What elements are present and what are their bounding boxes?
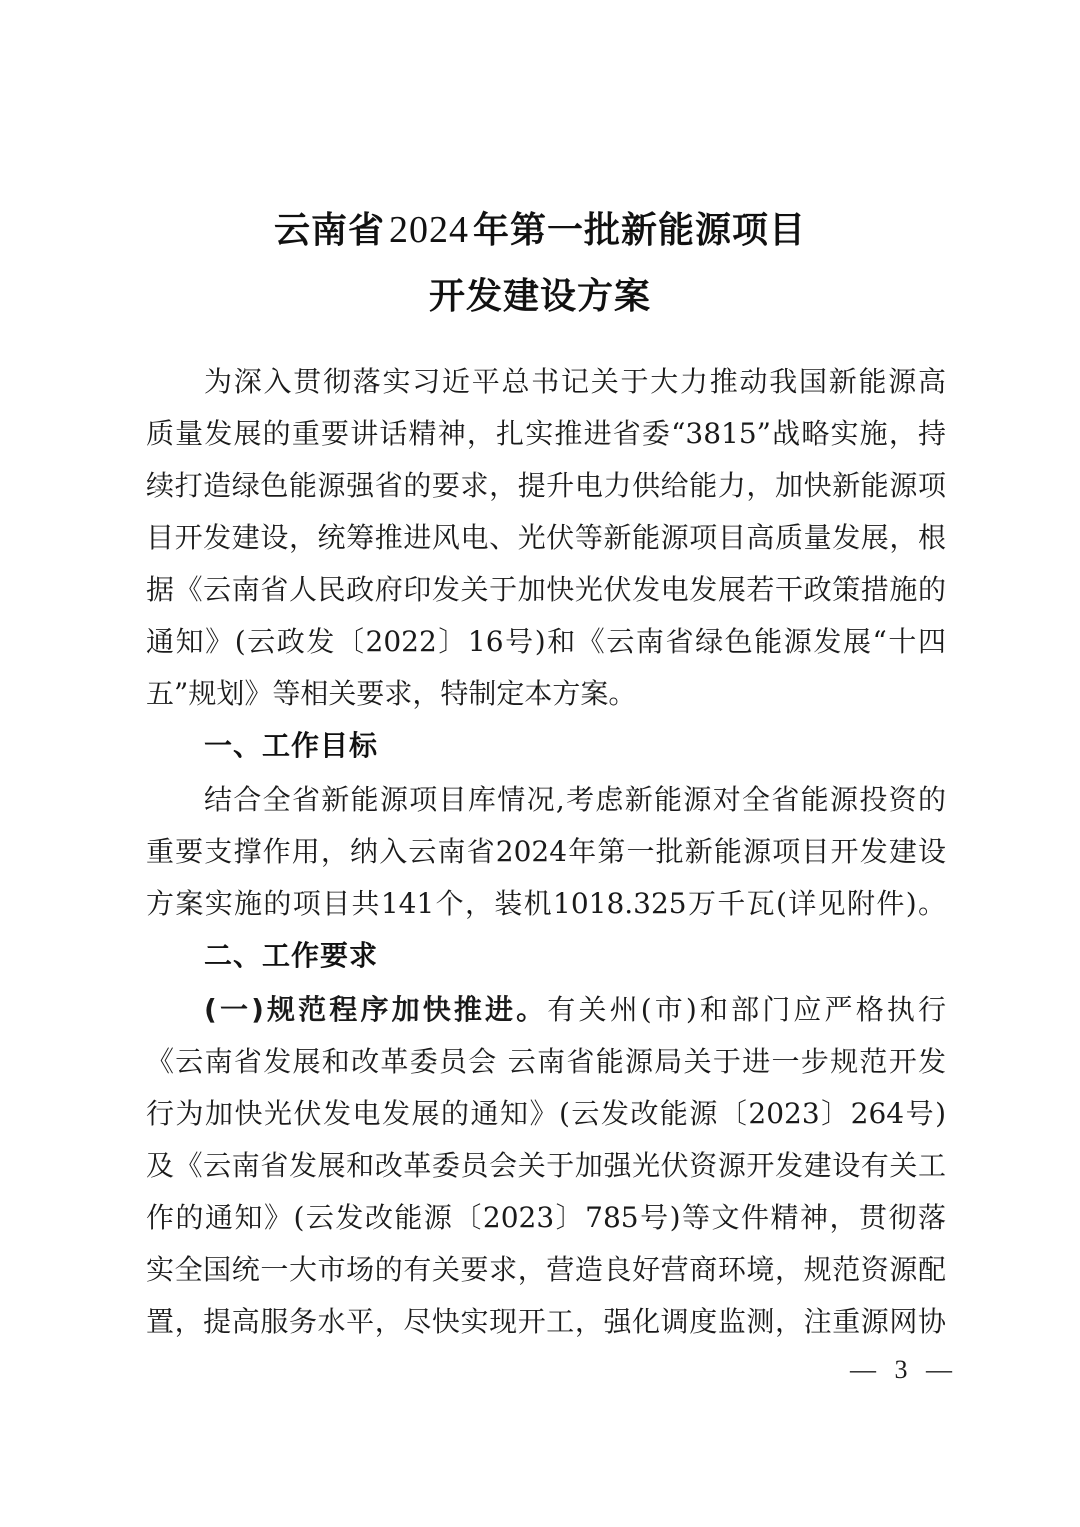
paragraph-line: 五”规划》等相关要求，特制定本方案。 — [146, 674, 946, 714]
paragraph-line: 质量发展的重要讲话精神，扎实推进省委“3815”战略实施，持 — [146, 414, 946, 454]
paragraph-line: 行为加快光伏发电发展的通知》(云发改能源〔2023〕264号) — [146, 1094, 946, 1134]
paragraph-line: 续打造绿色能源强省的要求，提升电力供给能力，加快新能源项 — [146, 466, 946, 506]
paragraph-line: 置，提高服务水平，尽快实现开工，强化调度监测，注重源网协 — [146, 1302, 946, 1342]
paragraph-line: 结合全省新能源项目库情况,考虑新能源对全省能源投资的 — [204, 780, 946, 820]
paragraph-line: 《云南省发展和改革委员会 云南省能源局关于进一步规范开发 — [146, 1042, 946, 1082]
paragraph-line: 据《云南省人民政府印发关于加快光伏发电发展若干政策措施的 — [146, 570, 946, 610]
paragraph-line: 通知》(云政发〔2022〕16号)和《云南省绿色能源发展“十四 — [146, 622, 946, 662]
paragraph-line: (一)规范程序加快推进。有关州(市)和部门应严格执行 — [204, 990, 946, 1030]
paragraph-line: 目开发建设，统筹推进风电、光伏等新能源项目高质量发展，根 — [146, 518, 946, 558]
page-number: — 3 — — [850, 1352, 958, 1388]
document-title-line-2: 开发建设方案 — [0, 274, 1080, 318]
title-year: 2024 — [385, 209, 473, 251]
paragraph-line: 作的通知》(云发改能源〔2023〕785号)等文件精神，贯彻落 — [146, 1198, 946, 1238]
title-suffix: 年第一批新能源项目 — [473, 209, 806, 251]
document-title-line-1: 云南省2024年第一批新能源项目 — [0, 208, 1080, 252]
paragraph-line: 重要支撑作用，纳入云南省2024年第一批新能源项目开发建设 — [146, 832, 946, 872]
paragraph-line: 为深入贯彻落实习近平总书记关于大力推动我国新能源高 — [204, 362, 946, 402]
subsection-lead-rest: 有关州(市)和部门应严格执行 — [547, 993, 946, 1026]
section-heading-work-requirements: 二、工作要求 — [204, 936, 378, 976]
title-prefix: 云南省 — [274, 209, 385, 251]
paragraph-line: 实全国统一大市场的有关要求，营造良好营商环境，规范资源配 — [146, 1250, 946, 1290]
paragraph-line: 方案实施的项目共141个，装机1018.325万千瓦(详见附件)。 — [146, 884, 946, 924]
document-page: 云南省2024年第一批新能源项目 开发建设方案 为深入贯彻落实习近平总书记关于大… — [0, 0, 1080, 1527]
subsection-lead: (一)规范程序加快推进。 — [204, 993, 547, 1026]
section-heading-work-goals: 一、工作目标 — [204, 726, 378, 766]
paragraph-line: 及《云南省发展和改革委员会关于加强光伏资源开发建设有关工 — [146, 1146, 946, 1186]
